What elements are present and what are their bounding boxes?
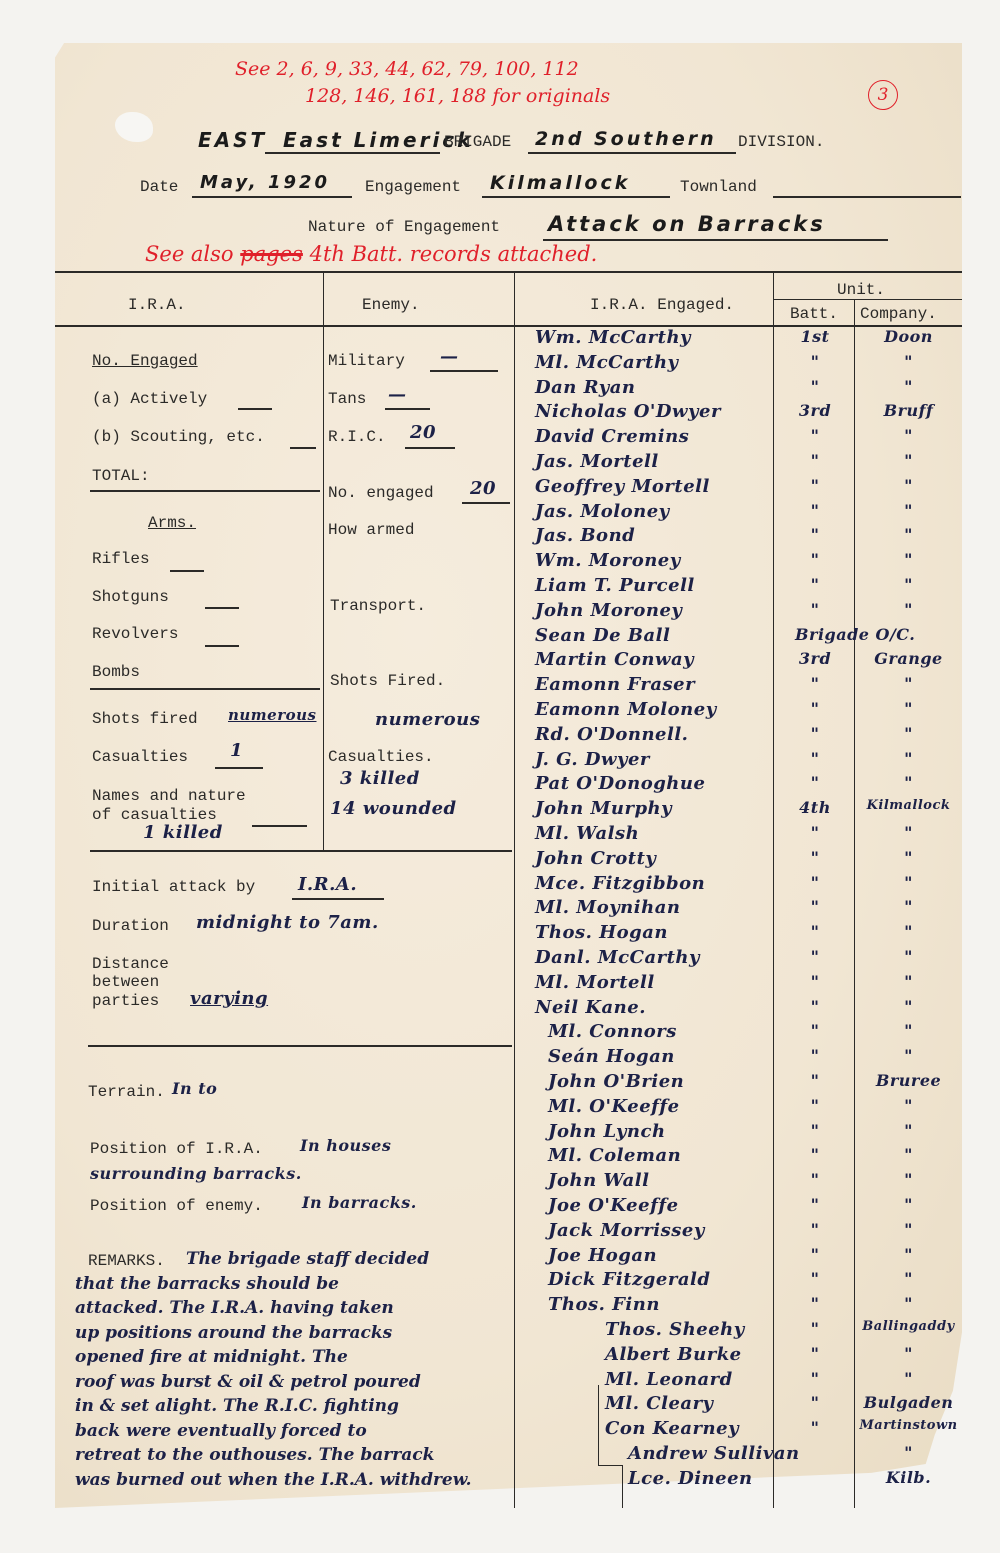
- engaged-name: Seán Hogan: [548, 1046, 675, 1067]
- table-row: Dan Ryan"": [535, 377, 965, 403]
- ira-casualties-label: Casualties: [92, 748, 188, 766]
- engaged-name: John Wall: [548, 1170, 649, 1191]
- engaged-batt: 3rd: [775, 401, 855, 420]
- nature-underline: [543, 239, 888, 241]
- engaged-batt: 4th: [775, 798, 855, 817]
- engaged-name: Neil Kane.: [535, 997, 646, 1018]
- engaged-batt: ": [775, 476, 855, 495]
- engaged-company: ": [856, 1170, 961, 1189]
- terrain-value: In to: [172, 1079, 217, 1098]
- engaged-name: Lce. Dineen: [628, 1468, 753, 1489]
- engaged-name: Jas. Bond: [535, 525, 635, 546]
- table-row: Mce. Fitzgibbon"": [535, 873, 965, 899]
- position-ira-value-1: In houses: [300, 1136, 391, 1155]
- engaged-company: Martinstown: [856, 1418, 961, 1433]
- table-row: J. G. Dwyer"": [535, 749, 965, 775]
- engaged-company: ": [856, 922, 961, 941]
- engaged-name: Thos. Finn: [548, 1294, 660, 1315]
- ira-rifles-field: [170, 570, 204, 572]
- engaged-batt: ": [775, 1245, 855, 1264]
- table-row: Thos. Finn"": [548, 1294, 978, 1320]
- engaged-company: ": [856, 997, 961, 1016]
- engaged-name: John O'Brien: [548, 1071, 684, 1092]
- engaged-batt: ": [775, 1294, 855, 1313]
- see-also-rest: 4th Batt. records attached.: [310, 242, 598, 266]
- table-row: Lce. DineenKilb.: [628, 1468, 1000, 1494]
- division-label: DIVISION.: [738, 133, 824, 151]
- enemy-no-engaged-underline: [462, 502, 510, 504]
- engaged-name: J. G. Dwyer: [535, 749, 650, 770]
- engaged-name: Ml. Walsh: [535, 823, 639, 844]
- engaged-name: Eamonn Moloney: [535, 699, 717, 720]
- enemy-casualties-killed: 3 killed: [340, 768, 420, 789]
- ira-bombs-label: Bombs: [92, 663, 140, 681]
- engaged-company: ": [856, 1245, 961, 1264]
- engaged-batt: ": [775, 699, 855, 718]
- table-row: Ml. Coleman"": [548, 1145, 978, 1171]
- enemy-casualties-wounded: 14 wounded: [330, 798, 457, 819]
- engaged-company: ": [856, 1021, 961, 1040]
- engaged-company: ": [856, 575, 961, 594]
- engaged-batt: ": [775, 947, 855, 966]
- engaged-batt: ": [775, 972, 855, 991]
- table-row: Jack Morrissey"": [548, 1220, 978, 1246]
- engaged-name: Wm. McCarthy: [535, 327, 691, 348]
- townland-label: Townland: [680, 178, 757, 196]
- remarks-line: was burned out when the I.R.A. withdrew.: [75, 1470, 472, 1490]
- table-row: Joe O'Keeffe"": [548, 1195, 978, 1221]
- engaged-company: Doon: [856, 327, 961, 346]
- enemy-how-armed-label: How armed: [328, 521, 414, 539]
- engaged-batt: ": [775, 1170, 855, 1189]
- engaged-company: ": [856, 550, 961, 569]
- engaged-batt: Brigade O/C.: [795, 625, 985, 644]
- see-also-struck: pages: [240, 242, 303, 266]
- engaged-company: ": [856, 1294, 961, 1313]
- engaged-company: Bulgaden: [856, 1393, 961, 1412]
- enemy-ric-label: R.I.C.: [328, 428, 386, 446]
- townland-field: [773, 196, 961, 198]
- table-row: Wm. McCarthy1stDoon: [535, 327, 965, 353]
- engaged-name: Ml. Coleman: [548, 1145, 681, 1166]
- table-row: Eamonn Moloney"": [535, 699, 965, 725]
- engaged-company: ": [856, 1096, 961, 1115]
- engaged-name: Mce. Fitzgibbon: [535, 873, 705, 894]
- table-row: Danl. McCarthy"": [535, 947, 965, 973]
- ira-shots-fired-value: numerous: [228, 706, 317, 724]
- engaged-batt: ": [775, 377, 855, 396]
- ira-shots-fired-label: Shots fired: [92, 710, 198, 728]
- engaged-name: Joe O'Keeffe: [548, 1195, 679, 1216]
- engaged-name: Jack Morrissey: [548, 1220, 705, 1241]
- ira-actively-field: [238, 408, 272, 410]
- engaged-name: Ml. Cleary: [605, 1393, 714, 1414]
- engaged-batt: ": [775, 600, 855, 619]
- enemy-military-value: —: [440, 346, 459, 367]
- engaged-company: ": [856, 873, 961, 892]
- engaged-name: Geoffrey Mortell: [535, 476, 710, 497]
- engaged-company: ": [856, 699, 961, 718]
- engaged-company: ": [856, 897, 961, 916]
- division-value: 2nd Southern: [535, 128, 717, 150]
- engaged-batt: ": [775, 550, 855, 569]
- engaged-batt: ": [775, 1220, 855, 1239]
- table-row: Eamonn Fraser"": [535, 674, 965, 700]
- col-header-ira-engaged: I.R.A. Engaged.: [590, 296, 734, 314]
- engaged-company: ": [856, 724, 961, 743]
- engaged-name: Rd. O'Donnell.: [535, 724, 688, 745]
- engaged-batt: ": [775, 1046, 855, 1065]
- engaged-batt: 1st: [775, 327, 855, 346]
- distance-label-3: parties: [92, 992, 159, 1010]
- brigade-value-1: EAST: [198, 128, 267, 152]
- enemy-shots-fired-value: numerous: [375, 709, 480, 730]
- engaged-company: Grange: [856, 649, 961, 668]
- table-row: Wm. Moroney"": [535, 550, 965, 576]
- distance-rule: [88, 1045, 512, 1047]
- col-header-batt: Batt.: [790, 305, 838, 323]
- engaged-company: ": [856, 352, 961, 371]
- engaged-name: Sean De Ball: [535, 625, 670, 646]
- ira-total-rule: [90, 490, 320, 492]
- engaged-company: ": [856, 1269, 961, 1288]
- engaged-company: ": [856, 426, 961, 445]
- brigade-underline: [265, 152, 440, 154]
- engaged-company: ": [856, 848, 961, 867]
- terrain-label: Terrain.: [88, 1083, 165, 1101]
- remarks-line: up positions around the barracks: [75, 1323, 392, 1343]
- engaged-company: Ballingaddy: [856, 1319, 961, 1334]
- see-originals-line-2: 128, 146, 161, 188 for originals: [305, 85, 610, 107]
- remarks-line: retreat to the outhouses. The barrack: [75, 1445, 434, 1465]
- see-also-note: See also pages 4th Batt. records attache…: [145, 242, 597, 266]
- engaged-name: Liam T. Purcell: [535, 575, 695, 596]
- enemy-tans-underline: [385, 408, 430, 410]
- engaged-name: Dan Ryan: [535, 377, 635, 398]
- ira-revolvers-field: [205, 645, 239, 647]
- col-header-company: Company.: [860, 305, 937, 323]
- remarks-line: The brigade staff decided: [186, 1249, 429, 1269]
- engaged-batt: ": [775, 873, 855, 892]
- engaged-batt: ": [775, 1269, 855, 1288]
- engaged-name: John Moroney: [535, 600, 682, 621]
- table-row: Ml. Leonard"": [605, 1369, 1000, 1395]
- brigade-label: BRIGADE: [444, 133, 511, 151]
- distance-label-2: between: [92, 973, 159, 991]
- initial-attack-underline: [292, 898, 384, 900]
- engaged-name: Ml. O'Keeffe: [548, 1096, 680, 1117]
- engaged-batt: ": [775, 451, 855, 470]
- engaged-company: ": [856, 451, 961, 470]
- engaged-name: Wm. Moroney: [535, 550, 681, 571]
- table-row: Liam T. Purcell"": [535, 575, 965, 601]
- engaged-name: Martin Conway: [535, 649, 694, 670]
- remarks-line: roof was burst & oil & petrol poured: [75, 1372, 421, 1392]
- table-row: Geoffrey Mortell"": [535, 476, 965, 502]
- division-underline: [528, 152, 736, 154]
- engaged-company: Bruree: [856, 1071, 961, 1090]
- duration-value: midnight to 7am.: [196, 912, 379, 933]
- see-also-text: See also: [145, 242, 234, 266]
- engaged-name: Ml. Leonard: [605, 1369, 733, 1390]
- ira-names-underline: [252, 825, 307, 827]
- unit-divider: [773, 299, 962, 300]
- engaged-company: Kilb.: [856, 1468, 961, 1487]
- remarks-line: that the barracks should be: [75, 1274, 339, 1294]
- engaged-company: ": [856, 1046, 961, 1065]
- initial-attack-value: I.R.A.: [298, 874, 357, 895]
- col-header-enemy: Enemy.: [362, 296, 420, 314]
- enemy-military-underline: [430, 370, 498, 372]
- table-row: Nicholas O'Dwyer3rdBruff: [535, 401, 965, 427]
- table-row: Ml. O'Keeffe"": [548, 1096, 978, 1122]
- table-row: Neil Kane."": [535, 997, 965, 1023]
- ira-shotguns-label: Shotguns: [92, 588, 169, 606]
- ira-scouting-field: [290, 447, 316, 449]
- table-row: Ml. Moynihan"": [535, 897, 965, 923]
- engaged-batt: ": [775, 848, 855, 867]
- engaged-name: Thos. Hogan: [535, 922, 668, 943]
- ira-no-engaged-label: No. Engaged: [92, 352, 198, 370]
- enemy-no-engaged-value: 20: [470, 478, 496, 499]
- engaged-batt: ": [775, 1393, 855, 1412]
- engaged-batt: ": [775, 1096, 855, 1115]
- table-row: Albert Burke"": [605, 1344, 1000, 1370]
- table-row: Jas. Bond"": [535, 525, 965, 551]
- engaged-name: Albert Burke: [605, 1344, 742, 1365]
- table-row: Sean De BallBrigade O/C.: [535, 625, 965, 651]
- engaged-name: Nicholas O'Dwyer: [535, 401, 721, 422]
- date-underline: [192, 196, 352, 198]
- engaged-company: ": [856, 525, 961, 544]
- engaged-batt: ": [775, 1121, 855, 1140]
- engaged-batt: ": [775, 1021, 855, 1040]
- ira-revolvers-label: Revolvers: [92, 625, 178, 643]
- engaged-company: ": [856, 476, 961, 495]
- ira-total-label: TOTAL:: [92, 467, 150, 485]
- table-row: Jas. Mortell"": [535, 451, 965, 477]
- engaged-batt: 3rd: [775, 649, 855, 668]
- ira-arms-rule: [90, 688, 320, 690]
- engaged-batt: ": [775, 897, 855, 916]
- engaged-batt: ": [775, 1418, 855, 1437]
- table-top-rule: [55, 271, 962, 273]
- bracket-vertical-2: [622, 1465, 623, 1508]
- ira-casualties-underline: [215, 767, 263, 769]
- engaged-batt: ": [775, 501, 855, 520]
- engaged-company: ": [856, 1195, 961, 1214]
- table-row: John Murphy4thKilmallock: [535, 798, 965, 824]
- ira-casualties-value: 1: [230, 740, 243, 761]
- col-header-unit: Unit.: [837, 281, 885, 299]
- enemy-tans-value: —: [388, 384, 407, 405]
- engaged-company: ": [856, 1121, 961, 1140]
- table-row: Joe Hogan"": [548, 1245, 978, 1271]
- page-number-badge: 3: [868, 80, 898, 110]
- table-row: John Wall"": [548, 1170, 978, 1196]
- engagement-value: Kilmallock: [490, 172, 630, 194]
- engaged-name: Danl. McCarthy: [535, 947, 700, 968]
- engagement-label: Engagement: [365, 178, 461, 196]
- engaged-batt: ": [775, 1344, 855, 1363]
- table-row: Jas. Moloney"": [535, 501, 965, 527]
- date-value: May, 1920: [200, 172, 330, 193]
- engaged-batt: ": [775, 525, 855, 544]
- engaged-company: ": [856, 749, 961, 768]
- table-row: Con Kearney"Martinstown: [605, 1418, 1000, 1444]
- distance-value: varying: [190, 988, 268, 1009]
- remarks-line: attacked. The I.R.A. having taken: [75, 1298, 394, 1318]
- ira-shotguns-field: [205, 607, 239, 609]
- ira-names-value: 1 killed: [143, 822, 223, 843]
- table-row: John Crotty"": [535, 848, 965, 874]
- nature-value: Attack on Barracks: [548, 212, 826, 236]
- engaged-company: ": [856, 1443, 961, 1462]
- engaged-company: Bruff: [856, 401, 961, 420]
- ira-casualties-rule: [90, 850, 512, 852]
- engaged-batt: ": [775, 773, 855, 792]
- ira-scouting-label: (b) Scouting, etc.: [92, 428, 265, 446]
- engaged-name: Pat O'Donoghue: [535, 773, 705, 794]
- table-row: Andrew Sullivan": [628, 1443, 1000, 1469]
- table-row: Ml. McCarthy"": [535, 352, 965, 378]
- engaged-name: Eamonn Fraser: [535, 674, 695, 695]
- table-row: Ml. Mortell"": [535, 972, 965, 998]
- date-label: Date: [140, 178, 178, 196]
- duration-label: Duration: [92, 917, 169, 935]
- engaged-name: John Crotty: [535, 848, 656, 869]
- engaged-batt: ": [775, 749, 855, 768]
- enemy-casualties-label: Casualties.: [328, 748, 434, 766]
- table-row: John Moroney"": [535, 600, 965, 626]
- table-row: Rd. O'Donnell."": [535, 724, 965, 750]
- engaged-name: David Cremins: [535, 426, 689, 447]
- engaged-batt: ": [775, 823, 855, 842]
- col-divider-2: [514, 272, 515, 1508]
- bracket-vertical: [598, 1385, 599, 1465]
- table-row: Thos. Sheehy"Ballingaddy: [605, 1319, 1000, 1345]
- table-row: Ml. Connors"": [548, 1021, 978, 1047]
- ira-names-label-1: Names and nature: [92, 787, 246, 805]
- ira-arms-label: Arms.: [148, 514, 196, 532]
- bracket-horizontal: [598, 1465, 622, 1466]
- col-header-ira: I.R.A.: [128, 296, 186, 314]
- enemy-tans-label: Tans: [328, 390, 366, 408]
- engaged-name: Con Kearney: [605, 1418, 739, 1439]
- engaged-batt: ": [775, 1071, 855, 1090]
- engaged-name: Jas. Mortell: [535, 451, 659, 472]
- enemy-military-label: Military: [328, 352, 405, 370]
- table-row: Thos. Hogan"": [535, 922, 965, 948]
- distance-label-1: Distance: [92, 955, 169, 973]
- remarks-label: REMARKS.: [88, 1252, 165, 1270]
- engaged-company: ": [856, 947, 961, 966]
- col-divider-1: [323, 272, 324, 852]
- engaged-batt: ": [775, 575, 855, 594]
- initial-attack-label: Initial attack by: [92, 878, 255, 896]
- engaged-name: Andrew Sullivan: [628, 1443, 800, 1464]
- table-row: Ml. Cleary"Bulgaden: [605, 1393, 1000, 1419]
- table-row: Martin Conway3rdGrange: [535, 649, 965, 675]
- table-row: Seán Hogan"": [548, 1046, 978, 1072]
- engaged-name: Ml. McCarthy: [535, 352, 679, 373]
- engaged-batt: ": [775, 1319, 855, 1338]
- enemy-ric-value: 20: [410, 422, 436, 443]
- engaged-name: Thos. Sheehy: [605, 1319, 745, 1340]
- engaged-company: ": [856, 1344, 961, 1363]
- enemy-shots-fired-label: Shots Fired.: [330, 672, 445, 690]
- engaged-batt: ": [775, 724, 855, 743]
- table-row: John O'Brien"Bruree: [548, 1071, 978, 1097]
- nature-label: Nature of Engagement: [308, 218, 500, 236]
- engaged-company: ": [856, 773, 961, 792]
- remarks-line: back were eventually forced to: [75, 1421, 367, 1441]
- table-row: Pat O'Donoghue"": [535, 773, 965, 799]
- engaged-name: Ml. Mortell: [535, 972, 655, 993]
- engaged-batt: ": [775, 1369, 855, 1388]
- engaged-name: John Lynch: [548, 1121, 666, 1142]
- table-row: Dick Fitzgerald"": [548, 1269, 978, 1295]
- engaged-company: ": [856, 823, 961, 842]
- engaged-batt: ": [775, 1145, 855, 1164]
- position-enemy-label: Position of enemy.: [90, 1197, 263, 1215]
- table-row: John Lynch"": [548, 1121, 978, 1147]
- engaged-company: ": [856, 674, 961, 693]
- position-ira-label: Position of I.R.A.: [90, 1140, 263, 1158]
- engaged-company: ": [856, 501, 961, 520]
- position-enemy-value: In barracks.: [302, 1193, 417, 1212]
- table-row: David Cremins"": [535, 426, 965, 452]
- engaged-company: ": [856, 972, 961, 991]
- ira-rifles-label: Rifles: [92, 550, 150, 568]
- engaged-company: ": [856, 377, 961, 396]
- enemy-no-engaged-label: No. engaged: [328, 484, 434, 502]
- engaged-batt: ": [775, 674, 855, 693]
- enemy-transport-label: Transport.: [330, 597, 426, 615]
- engaged-company: ": [856, 1220, 961, 1239]
- engaged-name: Ml. Connors: [548, 1021, 677, 1042]
- engaged-name: Joe Hogan: [548, 1245, 657, 1266]
- engagement-underline: [482, 196, 670, 198]
- table-row: Ml. Walsh"": [535, 823, 965, 849]
- engaged-batt: ": [775, 352, 855, 371]
- engaged-name: Jas. Moloney: [535, 501, 670, 522]
- remarks-line: in & set alight. The R.I.C. fighting: [75, 1396, 399, 1416]
- engaged-company: ": [856, 600, 961, 619]
- engaged-name: Ml. Moynihan: [535, 897, 680, 918]
- engaged-batt: ": [775, 426, 855, 445]
- position-ira-value-2: surrounding barracks.: [90, 1164, 302, 1183]
- engaged-company: ": [856, 1145, 961, 1164]
- engaged-batt: ": [775, 997, 855, 1016]
- engaged-batt: ": [775, 1195, 855, 1214]
- engaged-company: Kilmallock: [856, 798, 961, 813]
- engaged-name: John Murphy: [535, 798, 672, 819]
- engaged-company: ": [856, 1369, 961, 1388]
- remarks-line: opened fire at midnight. The: [75, 1347, 348, 1367]
- ira-actively-label: (a) Actively: [92, 390, 207, 408]
- see-originals-line-1: See 2, 6, 9, 33, 44, 62, 79, 100, 112: [235, 58, 579, 80]
- engaged-batt: ": [775, 922, 855, 941]
- enemy-ric-underline: [405, 447, 455, 449]
- engaged-name: Dick Fitzgerald: [548, 1269, 710, 1290]
